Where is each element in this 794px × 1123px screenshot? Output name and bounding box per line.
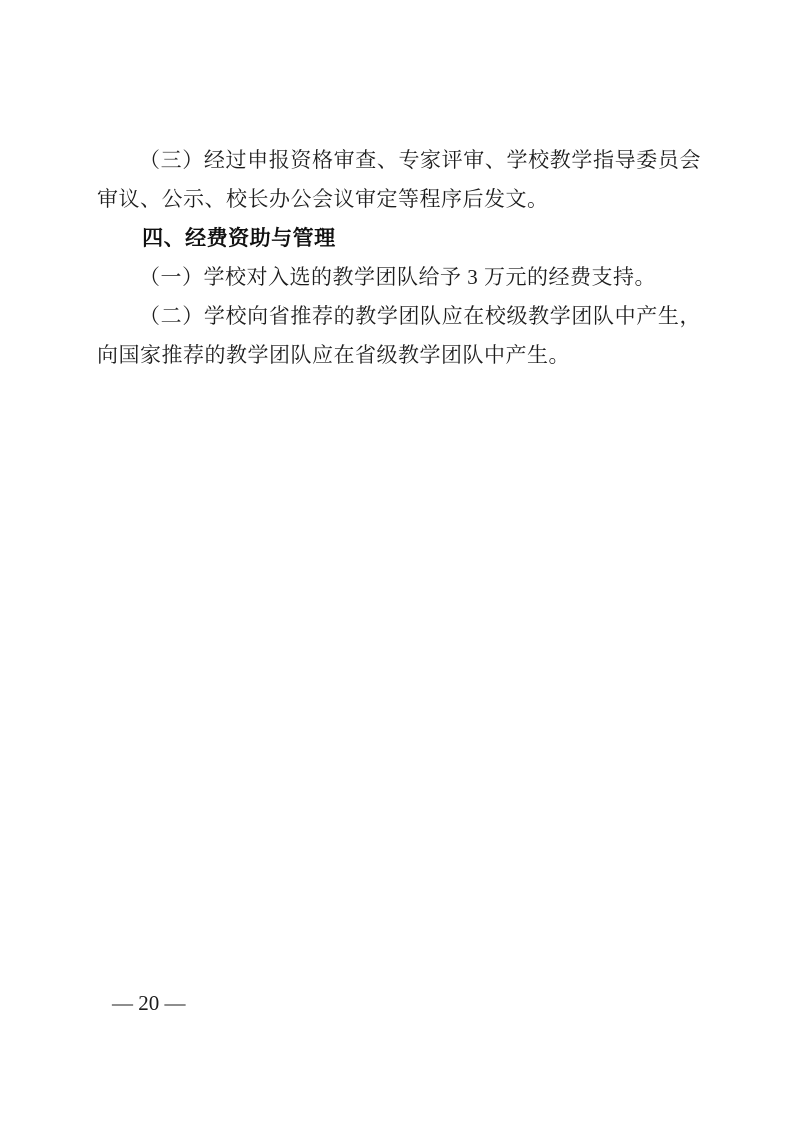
page-number: — 20 —	[112, 991, 186, 1015]
paragraph-item-3: （三）经过申报资格审查、专家评审、学校教学指导委员会审议、公示、校长办公会议审定…	[97, 141, 701, 219]
section-heading-funding: 四、经费资助与管理	[97, 219, 701, 258]
document-page: （三）经过申报资格审查、专家评审、学校教学指导委员会审议、公示、校长办公会议审定…	[0, 0, 794, 1123]
paragraph-item-1: （一）学校对入选的教学团队给予 3 万元的经费支持。	[97, 258, 701, 297]
paragraph-item-2: （二）学校向省推荐的教学团队应在校级教学团队中产生，向国家推荐的教学团队应在省级…	[97, 297, 701, 375]
document-body: （三）经过申报资格审查、专家评审、学校教学指导委员会审议、公示、校长办公会议审定…	[97, 141, 701, 375]
